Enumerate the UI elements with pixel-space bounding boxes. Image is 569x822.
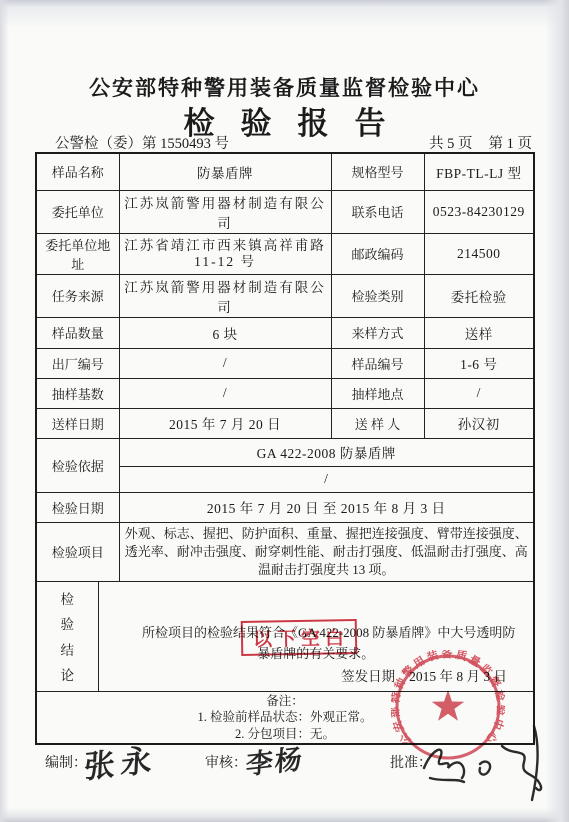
table-row-inspection-items: 检验项目 外观、标志、握把、防护面积、重量、握把连接强度、臂带连接强度、透光率、…: [36, 522, 534, 581]
blank-below-stamp: 以下空白: [240, 618, 357, 655]
prepared-signature: 张永: [83, 734, 159, 787]
page-number: 第 1 页: [489, 132, 533, 153]
field-value: 孙汉初: [424, 408, 534, 438]
conclusion-label-char: 验: [61, 613, 75, 633]
doc-number-line: 公警检（委）第 1550493 号 共 5 页 第 1 页: [55, 132, 532, 153]
field-value: 江苏岚箭警用器材制造有限公司: [119, 190, 331, 233]
scan-edge-top: [0, 0, 569, 28]
field-value: 江苏岚箭警用器材制造有限公司: [119, 274, 331, 317]
table-row: 委托单位 江苏岚箭警用器材制造有限公司 联系电话 0523-84230129: [36, 190, 534, 233]
field-value: 送样: [424, 317, 534, 348]
table-row: 送样日期 2015 年 7 月 20 日 送 样 人 孙汉初: [36, 408, 534, 438]
table-row: 抽样基数 / 抽样地点 /: [36, 378, 534, 408]
table-row: 任务来源 江苏岚箭警用器材制造有限公司 检验类别 委托检验: [36, 274, 534, 317]
table-row-inspection-basis: 检验依据 GA 422-2008 防暴盾牌: [36, 438, 534, 466]
doc-number: 公警检（委）第 1550493 号: [55, 132, 229, 153]
page-count: 共 5 页 第 1 页: [429, 132, 532, 153]
table-row: 委托单位地址 江苏省靖江市西来镇高祥甫路 11-12 号 邮政编码 214500: [36, 233, 534, 274]
field-label: 联系电话: [331, 190, 424, 233]
field-label: 规格型号: [331, 153, 424, 190]
field-value: 214500: [424, 233, 534, 274]
field-value: 6 块: [119, 317, 331, 348]
field-label: 任务来源: [36, 274, 119, 317]
field-label: 来样方式: [331, 317, 424, 348]
field-value: 2015 年 7 月 20 日: [119, 408, 331, 438]
field-label: 检验项目: [36, 522, 119, 581]
field-label: 检验类别: [331, 274, 424, 317]
field-label: 出厂编号: [36, 348, 119, 378]
field-label: 抽样基数: [36, 378, 119, 408]
seal-star-icon: [432, 690, 464, 721]
field-value: FBP-TL-LJ 型: [424, 153, 534, 190]
reviewed-signature: 李杨: [245, 737, 305, 782]
field-label: 邮政编码: [331, 233, 424, 274]
conclusion-label-char: 结: [61, 639, 75, 659]
field-value: /: [424, 378, 534, 408]
field-label: 样品编号: [331, 348, 424, 378]
field-value: /: [119, 378, 331, 408]
signature-block: 编制： 张永 审核： 李杨 批准：: [0, 740, 569, 822]
table-row: 出厂编号 / 样品编号 1-6 号: [36, 348, 534, 378]
scanned-report-page: 公安部特种警用装备质量监督检验中心 检验报告 公警检（委）第 1550493 号…: [0, 0, 569, 822]
total-pages: 共 5 页: [429, 132, 473, 153]
field-label: 检验依据: [36, 438, 119, 492]
field-value: 2015 年 7 月 20 日 至 2015 年 8 月 3 日: [119, 492, 534, 522]
conclusion-label-char: 检: [61, 588, 75, 608]
field-label: 检验日期: [36, 492, 119, 522]
inspection-items-text: 外观、标志、握把、防护面积、重量、握把连接强度、臂带连接强度、透光率、耐冲击强度…: [119, 522, 534, 581]
field-label: 抽样地点: [331, 378, 424, 408]
field-label: 送样日期: [36, 408, 119, 438]
approved-signature: [418, 720, 552, 806]
table-row: 样品名称 防暴盾牌 规格型号 FBP-TL-LJ 型: [36, 153, 534, 190]
conclusion-label: 检 验 结 论: [36, 581, 98, 691]
reviewed-label: 审核：: [205, 752, 247, 772]
field-label: 委托单位地址: [36, 233, 119, 274]
prepared-label: 编制：: [45, 752, 87, 772]
field-label: 样品名称: [36, 153, 119, 190]
field-label: 送 样 人: [331, 408, 424, 438]
conclusion-label-char: 论: [61, 664, 75, 684]
field-value: 1-6 号: [424, 348, 534, 378]
field-value: 0523-84230129: [424, 190, 534, 233]
field-value: /: [119, 348, 331, 378]
field-label: 样品数量: [36, 317, 119, 348]
table-row: 样品数量 6 块 来样方式 送样: [36, 317, 534, 348]
table-row-inspection-date: 检验日期 2015 年 7 月 20 日 至 2015 年 8 月 3 日: [36, 492, 534, 522]
field-label: 委托单位: [36, 190, 119, 233]
inspection-basis-line1: GA 422-2008 防暴盾牌: [119, 438, 534, 466]
field-value: 江苏省靖江市西来镇高祥甫路 11-12 号: [119, 233, 331, 274]
inspection-basis-line2: /: [119, 466, 534, 492]
field-value: 防暴盾牌: [119, 153, 331, 190]
issue-date-label: 签发日期: [341, 665, 395, 685]
field-value: 委托检验: [424, 274, 534, 317]
